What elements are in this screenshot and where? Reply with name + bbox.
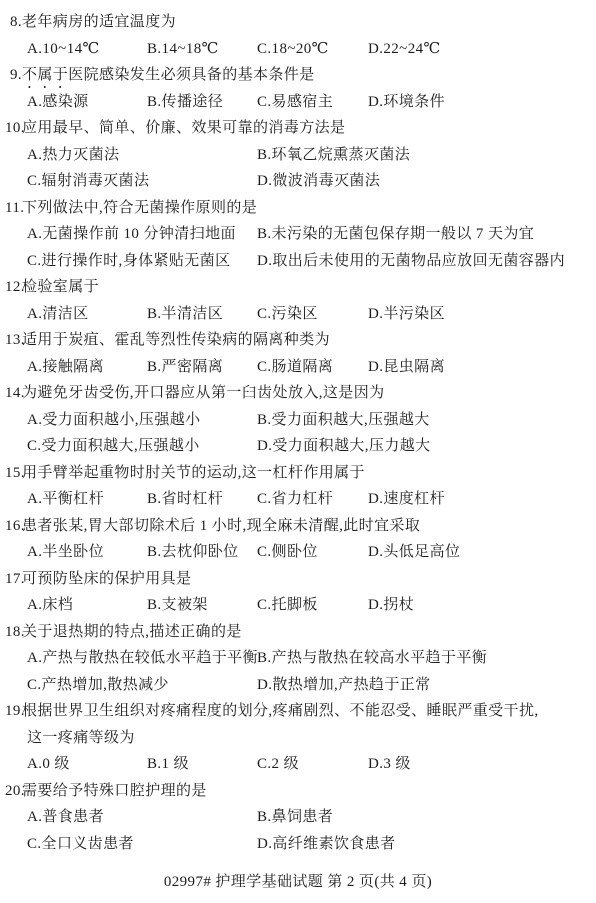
option: B.鼻饲患者 bbox=[257, 804, 333, 831]
option-row: A.受力面积越小,压强越小B.受力面积越大,压强越大 bbox=[0, 407, 596, 434]
option-row: A.热力灭菌法B.环氧乙烷熏蒸灭菌法 bbox=[0, 142, 596, 169]
question-title: 应用最早、简单、价廉、效果可靠的消毒方法是 bbox=[22, 120, 345, 136]
option: C.托脚板 bbox=[257, 592, 368, 619]
option: B.1 级 bbox=[147, 751, 257, 778]
question-text: 11.下列做法中,符合无菌操作原则的是 bbox=[0, 195, 596, 222]
question-text: 20.需要给予特殊口腔护理的是 bbox=[0, 778, 596, 805]
question-number: 18. bbox=[5, 619, 22, 646]
option: D.高纤维素饮食患者 bbox=[257, 831, 396, 858]
question-text: 15.用手臂举起重物时肘关节的运动,这一杠杆作用属于 bbox=[0, 460, 596, 487]
question-title: 可预防坠床的保护用具是 bbox=[22, 571, 191, 587]
option: D.散热增加,产热趋于正常 bbox=[257, 672, 431, 699]
question: 8.老年病房的适宜温度为A.10~14℃B.14~18℃C.18~20℃D.22… bbox=[0, 9, 596, 62]
option: A.半坐卧位 bbox=[27, 539, 147, 566]
option-row: C.全口义齿患者D.高纤维素饮食患者 bbox=[0, 831, 596, 858]
question: 18.关于退热期的特点,描述正确的是A.产热与散热在较低水平趋于平衡B.产热与散… bbox=[0, 619, 596, 699]
option-row: A.接触隔离B.严密隔离C.肠道隔离D.昆虫隔离 bbox=[0, 354, 596, 381]
question-number: 8. bbox=[5, 9, 22, 36]
question-number: 20. bbox=[5, 778, 22, 805]
question: 11.下列做法中,符合无菌操作原则的是A.无菌操作前 10 分钟清扫地面B.未污… bbox=[0, 195, 596, 275]
option-row: A.产热与散热在较低水平趋于平衡B.产热与散热在较高水平趋于平衡 bbox=[0, 645, 596, 672]
option: C.易感宿主 bbox=[257, 89, 368, 116]
question-number: 13. bbox=[5, 327, 22, 354]
option: C.受力面积越大,压强越小 bbox=[27, 433, 257, 460]
option: B.环氧乙烷熏蒸灭菌法 bbox=[257, 142, 410, 169]
option: C.2 级 bbox=[257, 751, 368, 778]
question: 19.根据世界卫生组织对疼痛程度的划分,疼痛剧烈、不能忍受、睡眠严重受干扰,这一… bbox=[0, 698, 596, 778]
option-row: C.进行操作时,身体紧贴无菌区D.取出后未使用的无菌物品应放回无菌容器内 bbox=[0, 248, 596, 275]
option-row: C.产热增加,散热减少D.散热增加,产热趋于正常 bbox=[0, 672, 596, 699]
option-row: A.普食患者B.鼻饲患者 bbox=[0, 804, 596, 831]
option: C.肠道隔离 bbox=[257, 354, 368, 381]
option: D.取出后未使用的无菌物品应放回无菌容器内 bbox=[257, 248, 565, 275]
question: 12.检验室属于A.清洁区B.半清洁区C.污染区D.半污染区 bbox=[0, 274, 596, 327]
question: 14.为避免牙齿受伤,开口器应从第一臼齿处放入,这是因为A.受力面积越小,压强越… bbox=[0, 380, 596, 460]
option-row: A.0 级B.1 级C.2 级D.3 级 bbox=[0, 751, 596, 778]
question: 13.适用于炭疽、霍乱等烈性传染病的隔离种类为A.接触隔离B.严密隔离C.肠道隔… bbox=[0, 327, 596, 380]
question: 20.需要给予特殊口腔护理的是A.普食患者B.鼻饲患者C.全口义齿患者D.高纤维… bbox=[0, 778, 596, 858]
question-title: 用手臂举起重物时肘关节的运动,这一杠杆作用属于 bbox=[22, 465, 365, 481]
question-title: 根据世界卫生组织对疼痛程度的划分,疼痛剧烈、不能忍受、睡眠严重受干扰, bbox=[22, 703, 539, 719]
question-title: 医院感染发生必须具备的基本条件是 bbox=[68, 67, 314, 83]
option-row: A.清洁区B.半清洁区C.污染区D.半污染区 bbox=[0, 301, 596, 328]
option-row: A.半坐卧位B.去枕仰卧位C.侧卧位D.头低足高位 bbox=[0, 539, 596, 566]
option: D.22~24℃ bbox=[368, 36, 441, 63]
option: D.速度杠杆 bbox=[368, 486, 445, 513]
option: A.感染源 bbox=[27, 89, 147, 116]
question-text: 17.可预防坠床的保护用具是 bbox=[0, 566, 596, 593]
question-number: 17. bbox=[5, 566, 22, 593]
question-text: 12.检验室属于 bbox=[0, 274, 596, 301]
option-row: A.平衡杠杆B.省时杠杆C.省力杠杆D.速度杠杆 bbox=[0, 486, 596, 513]
question-text: 18.关于退热期的特点,描述正确的是 bbox=[0, 619, 596, 646]
question-text: 10.应用最早、简单、价廉、效果可靠的消毒方法是 bbox=[0, 115, 596, 142]
option: A.10~14℃ bbox=[27, 36, 147, 63]
option: B.传播途径 bbox=[147, 89, 257, 116]
question-number: 12. bbox=[5, 274, 22, 301]
question-number: 15. bbox=[5, 460, 22, 487]
option: B.去枕仰卧位 bbox=[147, 539, 257, 566]
question-number: 14. bbox=[5, 380, 22, 407]
question: 9.不属于医院感染发生必须具备的基本条件是A.感染源B.传播途径C.易感宿主D.… bbox=[0, 62, 596, 115]
option-row: C.受力面积越大,压强越小D.受力面积越大,压力越大 bbox=[0, 433, 596, 460]
option: C.进行操作时,身体紧贴无菌区 bbox=[27, 248, 257, 275]
option: C.污染区 bbox=[257, 301, 368, 328]
option: B.半清洁区 bbox=[147, 301, 257, 328]
option: C.产热增加,散热减少 bbox=[27, 672, 257, 699]
exam-page: 8.老年病房的适宜温度为A.10~14℃B.14~18℃C.18~20℃D.22… bbox=[0, 0, 596, 903]
option: C.辐射消毒灭菌法 bbox=[27, 168, 257, 195]
question-list: 8.老年病房的适宜温度为A.10~14℃B.14~18℃C.18~20℃D.22… bbox=[0, 0, 596, 857]
question-title: 适用于炭疽、霍乱等烈性传染病的隔离种类为 bbox=[22, 332, 330, 348]
emphasized-text: 不属于 bbox=[22, 67, 68, 83]
question-title: 关于退热期的特点,描述正确的是 bbox=[22, 624, 242, 640]
option: A.0 级 bbox=[27, 751, 147, 778]
option-row: C.辐射消毒灭菌法D.微波消毒灭菌法 bbox=[0, 168, 596, 195]
question-title: 老年病房的适宜温度为 bbox=[22, 14, 176, 30]
question-number: 10. bbox=[5, 115, 22, 142]
option: A.清洁区 bbox=[27, 301, 147, 328]
question-text: 16.患者张某,胃大部切除术后 1 小时,现全麻未清醒,此时宜采取 bbox=[0, 513, 596, 540]
question: 15.用手臂举起重物时肘关节的运动,这一杠杆作用属于A.平衡杠杆B.省时杠杆C.… bbox=[0, 460, 596, 513]
option: D.3 级 bbox=[368, 751, 411, 778]
option: D.头低足高位 bbox=[368, 539, 460, 566]
option: A.热力灭菌法 bbox=[27, 142, 257, 169]
question-text-continued: 这一疼痛等级为 bbox=[0, 725, 596, 752]
option: D.环境条件 bbox=[368, 89, 445, 116]
question-title: 为避免牙齿受伤,开口器应从第一臼齿处放入,这是因为 bbox=[22, 385, 385, 401]
option: D.半污染区 bbox=[368, 301, 445, 328]
option: A.无菌操作前 10 分钟清扫地面 bbox=[27, 221, 257, 248]
option-row: A.床档B.支被架C.托脚板D.拐杖 bbox=[0, 592, 596, 619]
question-title: 下列做法中,符合无菌操作原则的是 bbox=[22, 200, 257, 216]
option: A.受力面积越小,压强越小 bbox=[27, 407, 257, 434]
question-title: 患者张某,胃大部切除术后 1 小时,现全麻未清醒,此时宜采取 bbox=[22, 518, 420, 534]
option: C.18~20℃ bbox=[257, 36, 368, 63]
option: B.严密隔离 bbox=[147, 354, 257, 381]
option: C.侧卧位 bbox=[257, 539, 368, 566]
question-number: 9. bbox=[5, 62, 22, 89]
question-title: 检验室属于 bbox=[22, 279, 99, 295]
question: 17.可预防坠床的保护用具是A.床档B.支被架C.托脚板D.拐杖 bbox=[0, 566, 596, 619]
question: 16.患者张某,胃大部切除术后 1 小时,现全麻未清醒,此时宜采取A.半坐卧位B… bbox=[0, 513, 596, 566]
option: A.床档 bbox=[27, 592, 147, 619]
option-row: A.感染源B.传播途径C.易感宿主D.环境条件 bbox=[0, 89, 596, 116]
option: D.昆虫隔离 bbox=[368, 354, 445, 381]
question: 10.应用最早、简单、价廉、效果可靠的消毒方法是A.热力灭菌法B.环氧乙烷熏蒸灭… bbox=[0, 115, 596, 195]
option-row: A.10~14℃B.14~18℃C.18~20℃D.22~24℃ bbox=[0, 36, 596, 63]
question-text: 14.为避免牙齿受伤,开口器应从第一臼齿处放入,这是因为 bbox=[0, 380, 596, 407]
option: A.产热与散热在较低水平趋于平衡 bbox=[27, 645, 257, 672]
option: B.省时杠杆 bbox=[147, 486, 257, 513]
question-title: 需要给予特殊口腔护理的是 bbox=[22, 783, 207, 799]
option-row: A.无菌操作前 10 分钟清扫地面B.未污染的无菌包保存期一般以 7 天为宜 bbox=[0, 221, 596, 248]
question-text: 9.不属于医院感染发生必须具备的基本条件是 bbox=[0, 62, 596, 89]
option: C.全口义齿患者 bbox=[27, 831, 257, 858]
question-text: 19.根据世界卫生组织对疼痛程度的划分,疼痛剧烈、不能忍受、睡眠严重受干扰, bbox=[0, 698, 596, 725]
question-number: 11. bbox=[5, 195, 22, 222]
question-text: 13.适用于炭疽、霍乱等烈性传染病的隔离种类为 bbox=[0, 327, 596, 354]
option: D.拐杖 bbox=[368, 592, 414, 619]
option: B.支被架 bbox=[147, 592, 257, 619]
option: D.受力面积越大,压力越大 bbox=[257, 433, 431, 460]
option: D.微波消毒灭菌法 bbox=[257, 168, 380, 195]
question-number: 16. bbox=[5, 513, 22, 540]
option: A.接触隔离 bbox=[27, 354, 147, 381]
option: B.14~18℃ bbox=[147, 36, 257, 63]
option: A.普食患者 bbox=[27, 804, 257, 831]
page-footer: 02997# 护理学基础试题 第 2 页(共 4 页) bbox=[0, 869, 596, 895]
option: B.产热与散热在较高水平趋于平衡 bbox=[257, 645, 487, 672]
option: A.平衡杠杆 bbox=[27, 486, 147, 513]
option: B.未污染的无菌包保存期一般以 7 天为宜 bbox=[257, 221, 534, 248]
question-text: 8.老年病房的适宜温度为 bbox=[0, 9, 596, 36]
option: B.受力面积越大,压强越大 bbox=[257, 407, 430, 434]
question-number: 19. bbox=[5, 698, 22, 725]
option: C.省力杠杆 bbox=[257, 486, 368, 513]
